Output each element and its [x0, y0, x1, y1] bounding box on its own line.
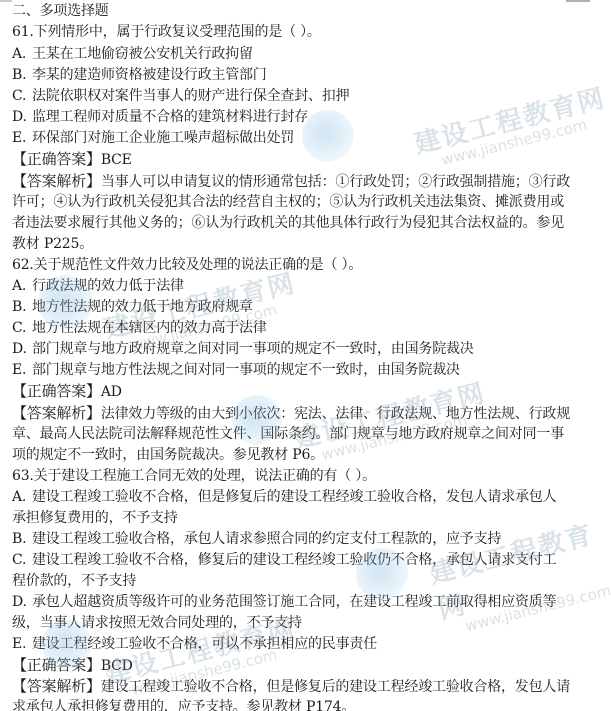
analysis-label: 【答案解析】	[12, 404, 101, 422]
q62-analysis-line: 项的规定不一致时，由国务院裁决。参见教材 P6。	[12, 445, 324, 466]
option-text: 建设工程经竣工验收不合格，可以不承担相应的民事责任	[32, 636, 377, 652]
option-letter: B.	[12, 65, 32, 86]
q62-option-c: C.地方性法规在本辖区内的效力高于法律	[12, 318, 267, 339]
option-letter: A.	[12, 276, 32, 297]
option-letter: E.	[12, 634, 32, 655]
q61-option-e: E.环保部门对施工企业施工噪声超标做出处罚	[12, 128, 294, 149]
option-text: 部门规章与地方政府规章之间对同一事项的规定不一致时，由国务院裁决	[32, 341, 474, 357]
q63-option-c-cont: 程价款的，不予支持	[12, 571, 136, 592]
q62-option-e: E.部门规章与地方性法规之间对同一事项的规定不一致时，由国务院裁决	[12, 360, 460, 381]
option-text: 王某在工地偷窃被公安机关行政拘留	[32, 46, 253, 62]
option-text: 地方性法规的效力低于地方政府规章	[32, 299, 253, 315]
top-border-fragment	[566, 0, 590, 2]
option-text: 法院依职权对案件当事人的财产进行保全查封、扣押	[32, 88, 349, 104]
analysis-text: 当事人可以申请复议的情形通常包括：①行政处罚；②行政强制措施；③行政	[101, 174, 570, 190]
q61-option-a: A.王某在工地偷窃被公安机关行政拘留	[12, 44, 253, 65]
q63-option-a: A.建设工程竣工验收不合格，但是修复后的建设工程经竣工验收合格，发包人请求承包人	[12, 487, 556, 508]
q63-option-d: D.承包人超越资质等级许可的业务范围签订施工合同，在建设工程竣工前取得相应资质等	[12, 592, 556, 613]
q62-option-b: B.地方性法规的效力低于地方政府规章	[12, 297, 253, 318]
answer-label: 【正确答案】	[12, 382, 101, 400]
section-title: 二、多项选择题	[12, 1, 109, 22]
option-text: 地方性法规在本辖区内的效力高于法律	[32, 320, 267, 336]
analysis-text: 法律效力等级的由大到小依次：宪法、法律、行政法规、地方性法规、行政规	[101, 406, 570, 422]
q63-option-e: E.建设工程经竣工验收不合格，可以不承担相应的民事责任	[12, 634, 377, 655]
option-text: 建设工程竣工验收合格，承包人请求参照合同的约定支付工程款的，应予支持	[32, 531, 501, 547]
q61-option-b: B.李某的建造师资格被建设行政主管部门	[12, 65, 267, 86]
option-letter: A.	[12, 487, 32, 508]
q62-option-d: D.部门规章与地方政府规章之间对同一事项的规定不一致时，由国务院裁决	[12, 339, 474, 360]
q63-answer: 【正确答案】BCD	[12, 655, 133, 676]
option-text: 建设工程竣工验收不合格，修复后的建设工程经竣工验收仍不合格，承包人请求支付工	[32, 552, 556, 568]
q62-analysis-line: 【答案解析】法律效力等级的由大到小依次：宪法、法律、行政法规、地方性法规、行政规	[12, 403, 570, 424]
option-text: 监理工程师对质量不合格的建筑材料进行封存	[32, 109, 308, 125]
exam-document: 二、多项选择题 61.下列情形中，属于行政复议受理范围的是（ ）。 A.王某在工…	[0, 0, 611, 711]
q62-option-a: A.行政法规的效力低于法律	[12, 276, 184, 297]
question-61-stem: 61.下列情形中，属于行政复议受理范围的是（ ）。	[12, 22, 321, 43]
option-letter: D.	[12, 592, 32, 613]
q62-answer: 【正确答案】AD	[12, 381, 122, 402]
q61-analysis-line: 者违法要求履行其他义务的；⑥认为行政机关的其他具体行政行为侵犯其合法权益的。参见	[12, 213, 564, 234]
question-62-stem: 62.关于规范性文件效力比较及处理的说法正确的是（ ）。	[12, 255, 362, 276]
answer-label: 【正确答案】	[12, 656, 101, 674]
option-text: 行政法规的效力低于法律	[32, 278, 184, 294]
analysis-label: 【答案解析】	[12, 677, 101, 695]
q61-analysis-line: 【答案解析】当事人可以申请复议的情形通常包括：①行政处罚；②行政强制措施；③行政	[12, 171, 570, 192]
q62-analysis-line: 章、最高人民法院司法解释规范性文件、国际条约。部门规章与地方政府规章之间对同一事	[12, 424, 564, 445]
answer-value: AD	[101, 384, 122, 400]
option-letter: E.	[12, 360, 32, 381]
q61-option-c: C.法院依职权对案件当事人的财产进行保全查封、扣押	[12, 86, 349, 107]
option-text: 环保部门对施工企业施工噪声超标做出处罚	[32, 130, 294, 146]
q61-option-d: D.监理工程师对质量不合格的建筑材料进行封存	[12, 107, 308, 128]
q63-option-c: C.建设工程竣工验收不合格，修复后的建设工程经竣工验收仍不合格，承包人请求支付工	[12, 550, 556, 571]
q61-analysis-line: 许可；④认为行政机关侵犯其合法的经营自主权的；⑤认为行政机关违法集资、摊派费用或	[12, 192, 564, 213]
analysis-text: 建设工程竣工验收不合格，但是修复后的建设工程经竣工验收合格，发包人请	[101, 679, 570, 695]
answer-value: BCD	[101, 658, 133, 674]
option-letter: B.	[12, 297, 32, 318]
answer-label: 【正确答案】	[12, 150, 101, 168]
option-letter: C.	[12, 550, 32, 571]
top-border-fragment	[0, 0, 12, 2]
option-letter: A.	[12, 44, 32, 65]
option-letter: D.	[12, 107, 32, 128]
q63-option-d-cont: 级，当事人请求按照无效合同处理的，不予支持	[12, 613, 302, 634]
watermark-logo-icon	[302, 110, 354, 162]
option-letter: C.	[12, 86, 32, 107]
option-letter: B.	[12, 529, 32, 550]
q63-option-b: B.建设工程竣工验收合格，承包人请求参照合同的约定支付工程款的，应予支持	[12, 529, 501, 550]
q61-answer: 【正确答案】BCE	[12, 149, 132, 170]
q63-option-a-cont: 承担修复费用的，不予支持	[12, 508, 178, 529]
analysis-label: 【答案解析】	[12, 172, 101, 190]
option-letter: D.	[12, 339, 32, 360]
option-letter: E.	[12, 128, 32, 149]
option-text: 承包人超越资质等级许可的业务范围签订施工合同，在建设工程竣工前取得相应资质等	[32, 594, 556, 610]
option-letter: C.	[12, 318, 32, 339]
watermark: 建设工程教育网 www.jianshe99.com	[410, 78, 611, 175]
watermark-text: 建设工程教育网	[410, 78, 609, 161]
option-text: 李某的建造师资格被建设行政主管部门	[32, 67, 267, 83]
q61-analysis-line: 教材 P225。	[12, 234, 93, 255]
q63-analysis-line: 【答案解析】建设工程竣工验收不合格，但是修复后的建设工程经竣工验收合格，发包人请	[12, 676, 570, 697]
watermark-url: www.jianshe99.com	[439, 110, 611, 170]
option-text: 建设工程竣工验收不合格，但是修复后的建设工程经竣工验收合格，发包人请求承包人	[32, 489, 556, 505]
q63-analysis-line: 求承包人承担修复费用的，应予支持。参见教材 P174。	[12, 697, 355, 711]
option-text: 部门规章与地方性法规之间对同一事项的规定不一致时，由国务院裁决	[32, 362, 460, 378]
answer-value: BCE	[101, 152, 132, 168]
question-63-stem: 63.关于建设工程施工合同无效的处理，说法正确的有（ ）。	[12, 466, 376, 487]
